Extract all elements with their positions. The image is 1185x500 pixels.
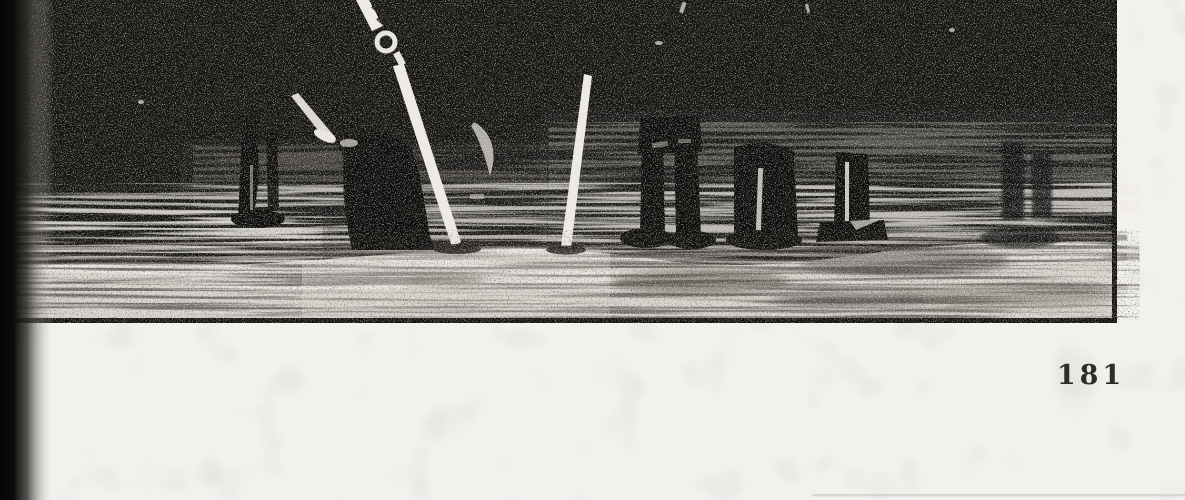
book-spine-shadow (0, 0, 54, 500)
ground-grain (6, 232, 1117, 318)
manga-page-art: 181 (0, 0, 1185, 500)
bottom-edge-line (812, 494, 1185, 496)
page-number: 181 (1057, 360, 1125, 391)
scanned-page: 181 (0, 0, 1185, 500)
manga-panel (6, 0, 1117, 323)
